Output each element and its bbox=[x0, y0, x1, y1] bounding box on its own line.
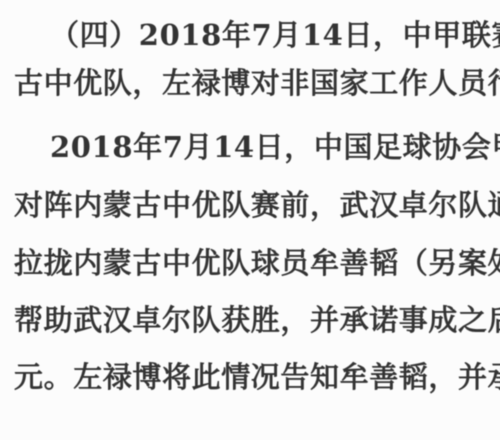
paragraph-line-5: 元。左禄博将此情况告知牟善韬，并承诺事成后给付其好处 bbox=[14, 357, 488, 397]
paragraph-line-4: 帮助武汉卓尔队获胜，并承诺事成之后将给付好处费 30万 bbox=[14, 300, 488, 340]
paragraph-line-1: 2018年7月14日，中国足球协会甲级联赛武汉卓尔队 bbox=[50, 127, 488, 167]
section-heading-line-2: 古中优队，左禄博对非国家工作人员行贿事实 bbox=[14, 63, 374, 103]
paragraph-line-2: 对阵内蒙古中优队赛前，武汉卓尔队通过陈俊吉联系左禄博 bbox=[14, 185, 488, 225]
section-heading-line-1: （四）2018年7月14日，中甲联赛武汉卓尔队对阵内蒙 bbox=[50, 15, 488, 55]
paragraph-line-3: 拉拢内蒙古中优队球员牟善韬（另案处理）在比赛中踢假球 bbox=[14, 243, 488, 283]
document-page: （四）2018年7月14日，中甲联赛武汉卓尔队对阵内蒙 古中优队，左禄博对非国家… bbox=[0, 0, 500, 440]
